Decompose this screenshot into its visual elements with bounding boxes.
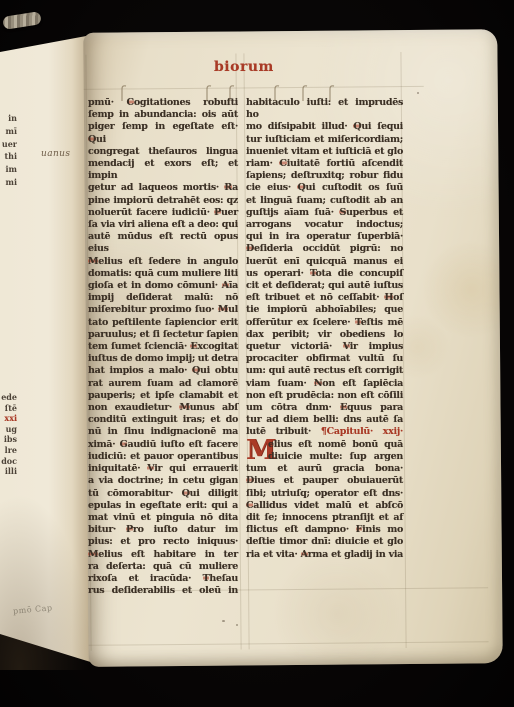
body-text: heſau xyxy=(209,573,238,584)
text-line: iudiciū: et pauor operantibus xyxy=(88,451,238,463)
text-line: Diues et pauper obuiauerūt xyxy=(246,475,403,487)
versal-letter: Q xyxy=(192,365,200,376)
text-line: guſtijs aīam ſuā· Superbus et xyxy=(246,207,403,219)
body-text: riam· xyxy=(246,158,279,169)
body-text: uer xyxy=(221,207,238,218)
body-text: lre xyxy=(5,445,17,455)
text-line: pmū· Cogitationes robuſti xyxy=(88,97,238,109)
column-right: habitaculo iuſti: et imprudēs homo diſsi… xyxy=(246,97,403,561)
body-text: quetur victoriā· xyxy=(246,341,343,352)
fragment-line: ibs xyxy=(0,434,17,445)
body-text: procaciter obfirmat vultū ſu xyxy=(246,353,403,364)
body-text: ſapiens; deſtruxitq; robur fidu xyxy=(246,170,403,181)
fragment-line: thi xyxy=(0,150,17,163)
body-text: ſemp in abundancia: ois aūt xyxy=(88,109,238,120)
text-line: offerūtur ex ſcelere· Teſtis mē xyxy=(246,317,403,329)
body-text: īa xyxy=(229,280,238,291)
body-text: offerūtur ex ſcelere· xyxy=(246,317,355,328)
body-text: us operari· xyxy=(246,268,310,279)
text-line: cie eius· Qui cuſtodit os ſuū xyxy=(246,182,403,194)
text-line: ſibi; utriuſq; operator eſt dns· xyxy=(246,488,403,500)
body-text: im xyxy=(5,164,17,174)
body-text: ro iuſto datur im xyxy=(133,524,238,535)
body-text: mo diſsipabit illud· xyxy=(246,121,353,132)
text-line: qui in ira operatur ſuperbiā· xyxy=(246,231,403,243)
body-text: unus abſ xyxy=(190,402,238,413)
versal-letter: P xyxy=(214,207,221,218)
text-line: deſtie timor dnī: diuicie et glo xyxy=(246,536,403,548)
text-line: piger ſemp in egeſtate eſt· Qui xyxy=(88,121,238,145)
body-text: audiū iuſto eſt facere xyxy=(127,439,238,450)
text-line: tem ſumet ſcienciā· Excogitat xyxy=(88,341,238,353)
text-line: impij deſiderat malū: nō xyxy=(88,292,238,304)
body-text: tur ad diem belli: dns autē ſa xyxy=(246,414,403,425)
text-line: ra deſerta: quā cū muliere xyxy=(88,561,238,573)
ink-speck xyxy=(236,624,238,626)
text-line: um: qui autē rectus eſt corrigit xyxy=(246,365,403,377)
text-line: et linguā ſuam; cuſtodit ab an xyxy=(246,195,403,207)
body-text: dit ſe; innocens ptranſijt et af xyxy=(246,512,403,523)
text-line: miſerebitur proximo ſuo· Mul xyxy=(88,304,238,316)
text-line: autē mūdus eſt rectū opus eius xyxy=(88,231,238,255)
body-text: inis mo xyxy=(362,524,403,535)
body-text: mat vinū et pinguia nō dita xyxy=(88,512,238,523)
fragment-line: ug xyxy=(0,424,17,435)
text-line: pius: et pro recto iniquus· xyxy=(88,536,238,548)
text-line: non eſt prudēcia: non eſt cōſili xyxy=(246,390,403,402)
text-line: congregat theſauros lingua xyxy=(88,146,238,158)
body-text: miſerebitur proximo ſuo· xyxy=(88,304,218,315)
body-text: lutē tribuit· xyxy=(246,426,321,437)
body-text: on eſt ſapiēcia xyxy=(322,378,403,389)
body-text: non exaudietur· xyxy=(88,402,179,413)
fragment-line: mī xyxy=(0,125,17,138)
body-text: qui in ira operatur ſuperbiā· xyxy=(246,231,403,242)
body-text: pine impiorū detrahēt eos: qz xyxy=(88,195,238,206)
body-text: um: qui autē rectus eſt corrigit xyxy=(246,365,403,376)
body-text: elius eſt ſedere in angulo xyxy=(98,256,238,267)
body-text: hat impios a malo· xyxy=(88,365,192,376)
body-text: non eſt prudēcia: non eſt cōſili xyxy=(246,390,403,401)
page-content: biorum uanus pmō Cap pmū· Cogitationes r… xyxy=(0,0,514,707)
body-text: ſa via viri aliena eſt a deo: qui xyxy=(88,219,238,230)
text-line: nū in ſinu indignacionē ma xyxy=(88,426,238,438)
text-line: mendacij et exors eſt; et impin xyxy=(88,158,238,182)
body-text: ui cuſtodit os ſuū xyxy=(305,182,403,193)
body-text: mi xyxy=(5,177,17,187)
text-line: tur iuſticiam et miſericordiam; xyxy=(246,134,403,146)
body-text: ui obtu xyxy=(200,365,238,376)
body-text: iuſtus de domo impij; ut detra xyxy=(88,353,238,364)
body-text: ra deſerta: quā cū muliere xyxy=(88,561,238,572)
body-text: pauperis; et ipſe clamabit et xyxy=(88,390,238,401)
rubric-text: ¶Capitulū· xxij· xyxy=(321,426,403,437)
pen-flourish-icon xyxy=(225,84,237,106)
body-text: iniquitatē· xyxy=(88,463,147,474)
body-text: doc xyxy=(1,456,17,466)
fragment-line: doc xyxy=(0,456,17,467)
body-text: ximā· xyxy=(88,439,120,450)
versal-letter: P xyxy=(126,524,133,535)
text-line: tum et aurū gracia bona· xyxy=(246,463,403,475)
body-text: ui ſequi xyxy=(361,121,403,132)
text-line: Melius eſt nomē bonū quā xyxy=(246,439,403,451)
text-line: rat aurem ſuam ad clamorē xyxy=(88,378,238,390)
text-line: gioſa et in domo cōmuni· Aīa xyxy=(88,280,238,292)
text-line: us operari· Tota die concupiſ xyxy=(246,268,403,280)
text-line: Melius eſt habitare in ter xyxy=(88,549,238,561)
body-text: epulas in egeſtate erit: qui a xyxy=(88,500,238,511)
body-text: eſt tribuet et nō ceſſabit· xyxy=(246,292,384,303)
text-line: dit ſe; innocens ptranſijt et af xyxy=(246,512,403,524)
body-text: ui xyxy=(96,134,106,145)
body-text: illi xyxy=(5,466,17,476)
body-text: quus para xyxy=(347,402,403,413)
text-line: iuſtus de domo impij; ut detra xyxy=(88,353,238,365)
fragment-line: uer xyxy=(0,138,17,151)
text-line: a via doctrine; in cetu gigan xyxy=(88,475,238,487)
body-text: viam ſuam· xyxy=(246,378,314,389)
body-text: ug xyxy=(6,424,17,434)
body-text: domatis: quā cum muliere liti xyxy=(88,268,238,279)
body-text: ota die concupiſ xyxy=(316,268,403,279)
text-line: luerūt enī quicquā manus ei xyxy=(246,256,403,268)
body-text: tato peſtilente ſapiencior erit xyxy=(88,317,238,328)
body-text: paruulus; et ſi ſectetur ſapien xyxy=(88,329,238,340)
body-text: ir impius xyxy=(350,341,403,352)
versal-letter: D xyxy=(246,475,254,486)
text-line: um cōtra dnm· Equus para xyxy=(246,402,403,414)
versal-letter: A xyxy=(222,280,229,291)
body-text: ſtē xyxy=(5,403,17,413)
fragment-line: ede xyxy=(0,392,17,403)
text-line: tur ad diem belli: dns autē ſa xyxy=(246,414,403,426)
body-text: xcogitat xyxy=(197,341,238,352)
pen-flourish-icon xyxy=(202,84,214,106)
body-text: eſideria occidūt pigrū: no xyxy=(254,243,403,254)
body-text: eſtis mē xyxy=(361,317,403,328)
body-text: ibs xyxy=(4,434,17,444)
body-text: getur ad laqueos mortis· xyxy=(88,182,224,193)
text-line: domatis: quā cum muliere liti xyxy=(88,268,238,280)
versal-letter: Q xyxy=(88,134,96,145)
body-text: luerūt enī quicquā manus ei xyxy=(246,256,403,267)
fragment-line: illi xyxy=(0,466,17,477)
text-line: mat vinū et pinguia nō dita xyxy=(88,512,238,524)
body-text: a via doctrine; in cetu gigan xyxy=(88,475,238,486)
body-text: iudiciū: et pauor operantibus xyxy=(88,451,238,462)
rubric-text: xxi xyxy=(4,413,17,423)
body-text: thi xyxy=(4,151,17,161)
pen-flourish-icon xyxy=(117,84,129,106)
versal-letter: A xyxy=(301,549,308,560)
text-line: lutē tribuit· ¶Capitulū· xxij· xyxy=(246,426,403,438)
body-text: ogitationes robuſti xyxy=(134,97,238,108)
body-text: pius: et pro recto iniquus· xyxy=(88,536,238,547)
body-text: rma et gladij in via xyxy=(308,549,403,560)
text-line: tato peſtilente ſapiencior erit xyxy=(88,317,238,329)
text-line: viam ſuam· Non eſt ſapiēcia xyxy=(246,378,403,390)
text-line: Deſideria occidūt pigrū: no xyxy=(246,243,403,255)
body-text: conditū extinguit iras; et do xyxy=(88,414,238,425)
versal-letter: M xyxy=(218,304,228,315)
text-line: pine impiorū detrahēt eos: qz xyxy=(88,195,238,207)
body-text: ria et vita· xyxy=(246,549,301,560)
text-line: ria et vita· Arma et gladij in via xyxy=(246,549,403,561)
body-text: mendacij et exors eſt; et impin xyxy=(88,158,238,181)
text-line: ſa via viri aliena eſt a deo: qui xyxy=(88,219,238,231)
body-text: ede xyxy=(1,392,17,402)
body-text: impij deſiderat malū: nō xyxy=(88,292,238,303)
body-text: cit et deſiderat; qui autē iuſtus xyxy=(246,280,403,291)
text-line: rus deſiderabilis et oleū in xyxy=(88,585,238,597)
text-line: iniquitatē· Vir qui errauerit xyxy=(88,463,238,475)
text-line: cit et deſiderat; qui autē iuſtus xyxy=(246,280,403,292)
versal-letter: C xyxy=(279,158,286,169)
text-line: non exaudietur· Munus abſ xyxy=(88,402,238,414)
body-text: um cōtra dnm· xyxy=(246,402,340,413)
body-text: uperbus et xyxy=(346,207,403,218)
body-text: ul xyxy=(228,304,238,315)
body-text: guſtijs aīam ſuā· xyxy=(246,207,339,218)
body-text: uer xyxy=(2,139,17,149)
body-text: tie impiorū abhoīabiles; que xyxy=(246,304,403,315)
body-text: tur iuſticiam et miſericordiam; xyxy=(246,134,403,145)
body-text: dax peribit; vir obediens lo xyxy=(246,329,403,340)
text-line: Callidus videt malū et abſcō xyxy=(246,500,403,512)
versal-letter: M xyxy=(88,549,98,560)
body-text: et linguā ſuam; cuſtodit ab an xyxy=(246,195,403,206)
versal-letter: M xyxy=(179,402,189,413)
pen-flourish-icon xyxy=(298,84,310,106)
body-text: arrogans vocatur indoctus; xyxy=(246,219,403,230)
text-line: hat impios a malo· Qui obtu xyxy=(88,365,238,377)
body-text: diuicie multe: ſup argen xyxy=(268,451,403,462)
versal-letter: E xyxy=(340,402,347,413)
versal-letter: H xyxy=(384,292,393,303)
body-text: inueniet vitam et iuſticiā et glo xyxy=(246,146,403,157)
body-text: rus deſiderabilis et oleū in xyxy=(88,585,238,596)
versal-letter: D xyxy=(246,243,254,254)
margin-gloss-note: uanus xyxy=(41,149,70,159)
text-line: quetur victoriā· Vir impius xyxy=(246,341,403,353)
body-text: ir qui errauerit xyxy=(154,463,238,474)
text-line: getur ad laqueos mortis· Ra xyxy=(88,182,238,194)
body-text: allidus videt malū et abſcō xyxy=(253,500,403,511)
body-text: elius eſt habitare in ter xyxy=(98,549,238,560)
body-text: ui diligit xyxy=(190,488,238,499)
body-text: autē mūdus eſt rectū opus eius xyxy=(88,231,238,254)
body-text: rat aurem ſuam ad clamorē xyxy=(88,378,238,389)
fragment-line: lre xyxy=(0,445,17,456)
text-line: pauperis; et ipſe clamabit et xyxy=(88,390,238,402)
fragment-line: mi xyxy=(0,176,17,189)
fragment-line: im xyxy=(0,163,17,176)
body-text: deſtie timor dnī: diuicie et glo xyxy=(246,536,403,547)
text-line: arrogans vocatur indoctus; xyxy=(246,219,403,231)
photograph-of-manuscript: biorum uanus pmō Cap pmū· Cogitationes r… xyxy=(0,0,514,707)
text-line: flictus eſt dampno· Finis mo xyxy=(246,524,403,536)
body-text: flictus eſt dampno· xyxy=(246,524,356,535)
text-line: conditū extinguit iras; et do xyxy=(88,414,238,426)
pen-flourish-icon xyxy=(325,84,337,106)
body-text: piger ſemp in egeſtate eſt· xyxy=(88,121,238,132)
text-line: ximā· Gaudiū iuſto eſt facere xyxy=(88,439,238,451)
text-line: dax peribit; vir obediens lo xyxy=(246,329,403,341)
text-line: noluerūt facere iudiciū· Puer xyxy=(88,207,238,219)
text-line: eſt tribuet et nō ceſſabit· Hoſ xyxy=(246,292,403,304)
text-line: diuicie multe: ſup argen xyxy=(246,451,403,463)
text-line: Melius eſt ſedere in angulo xyxy=(88,256,238,268)
body-text: ſibi; utriuſq; operator eſt dns· xyxy=(246,488,403,499)
facing-page-text-fragments: inmīuerthiimmi xyxy=(0,112,17,189)
body-text: iuitatē fortiū aſcendit xyxy=(287,158,403,169)
body-text: tum et aurū gracia bona· xyxy=(246,463,403,474)
body-text: congregat theſauros lingua xyxy=(88,146,238,157)
text-line: procaciter obfirmat vultū ſu xyxy=(246,353,403,365)
body-text: mī xyxy=(5,126,17,136)
body-text: a xyxy=(232,182,238,193)
text-line: rixoſa et iracūda· Theſau xyxy=(88,573,238,585)
text-line: ſapiens; deſtruxitq; robur fidu xyxy=(246,170,403,182)
facing-page-text-fragments: edeſtēxxiugibslredocilli xyxy=(0,392,17,477)
fragment-line: xxi xyxy=(0,413,17,424)
fragment-line: ſtē xyxy=(0,403,17,414)
versal-letter: V xyxy=(343,341,350,352)
body-text: cie eius· xyxy=(246,182,297,193)
body-text: nū in ſinu indignacionē ma xyxy=(88,426,238,437)
text-line: tie impiorū abhoīabiles; que xyxy=(246,304,403,316)
body-text: noluerūt facere iudiciū· xyxy=(88,207,214,218)
versal-letter: M xyxy=(88,256,98,267)
text-line: paruulus; et ſi ſectetur ſapien xyxy=(88,329,238,341)
text-line: inueniet vitam et iuſticiā et glo xyxy=(246,146,403,158)
body-text: bitur· xyxy=(88,524,126,535)
body-text: gioſa et in domo cōmuni· xyxy=(88,280,222,291)
lombard-initial: M xyxy=(246,439,268,463)
fragment-line: in xyxy=(0,112,17,125)
versal-letter: Q xyxy=(182,488,190,499)
versal-letter: R xyxy=(224,182,232,193)
running-header: biorum xyxy=(214,59,314,75)
ink-speck xyxy=(417,92,419,94)
body-text: oſ xyxy=(393,292,403,303)
body-text: tū cōmorabitur· xyxy=(88,488,182,499)
text-line: bitur· Pro iuſto datur im xyxy=(88,524,238,536)
body-text: elius eſt nomē bonū quā xyxy=(268,439,403,450)
body-text: in xyxy=(8,113,17,123)
text-line: riam· Ciuitatē fortiū aſcendit xyxy=(246,158,403,170)
body-text: tem ſumet ſcienciā· xyxy=(88,341,190,352)
faint-inscription: pmō Cap xyxy=(13,603,53,615)
pen-flourish-icon xyxy=(270,84,282,106)
ink-speck xyxy=(222,620,225,622)
text-line: epulas in egeſtate erit: qui a xyxy=(88,500,238,512)
text-line: tū cōmorabitur· Qui diligit xyxy=(88,488,238,500)
body-text: rixoſa et iracūda· xyxy=(88,573,203,584)
body-text: iues et pauper obuiauerūt xyxy=(254,475,403,486)
text-line: mo diſsipabit illud· Qui ſequi xyxy=(246,121,403,133)
column-left: pmū· Cogitationes robuſtiſemp in abundan… xyxy=(88,97,238,597)
text-line: ſemp in abundancia: ois aūt xyxy=(88,109,238,121)
